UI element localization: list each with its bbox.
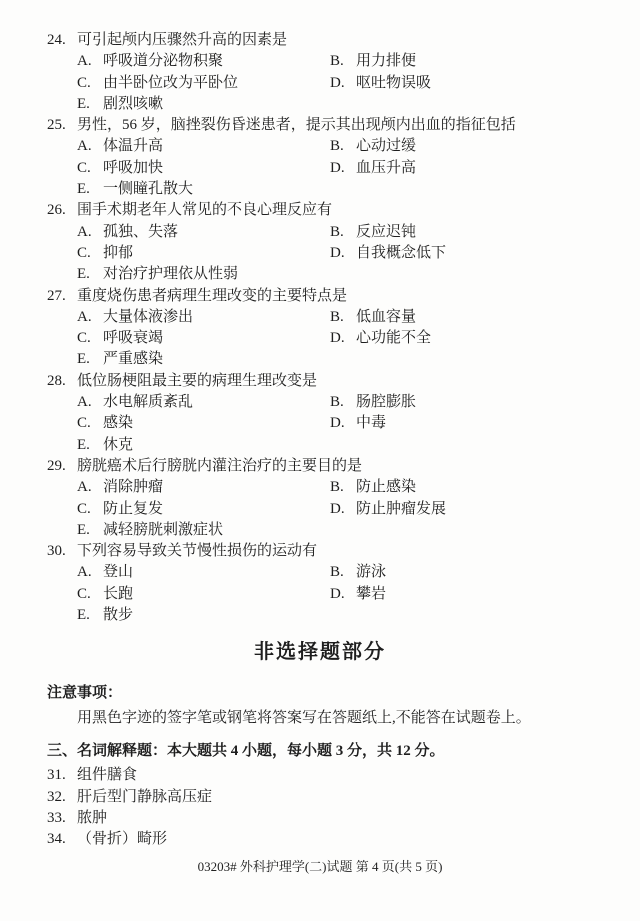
exam-page: 24.可引起颅内压骤然升高的因素是 A.呼吸道分泌物积聚 B.用力排便 C.由半… (0, 0, 640, 921)
option-text: 防止复发 (103, 501, 163, 517)
option-text: 用力排便 (356, 53, 416, 69)
option-letter: E. (77, 179, 103, 200)
option-B: B.心动过缓 (330, 136, 630, 157)
option-text: 自我概念低下 (356, 245, 446, 261)
option-D: D.自我概念低下 (330, 243, 630, 264)
option-letter: C. (77, 73, 103, 94)
term-text: 组件膳食 (77, 767, 137, 783)
option-text: 抑郁 (103, 245, 133, 261)
option-letter: B. (330, 307, 356, 328)
option-text: 登山 (103, 564, 133, 580)
option-letter: B. (330, 477, 356, 498)
option-letter: C. (77, 499, 103, 520)
option-letter: D. (330, 73, 356, 94)
option-letter: D. (330, 328, 356, 349)
option-letter: A. (77, 222, 103, 243)
option-text: 消除肿瘤 (103, 479, 163, 495)
option-E: E.严重感染 (77, 349, 330, 370)
question-stem: 30.下列容易导致关节慢性损伤的运动有 (47, 541, 630, 562)
option-text: 防止感染 (356, 479, 416, 495)
question-24: 24.可引起颅内压骤然升高的因素是 A.呼吸道分泌物积聚 B.用力排便 C.由半… (47, 30, 630, 115)
section-heading: 非选择题部分 (0, 638, 640, 666)
option-letter: D. (330, 499, 356, 520)
option-text: 反应迟钝 (356, 224, 416, 240)
question-stem: 29.膀胱癌术后行膀胱内灌注治疗的主要目的是 (47, 456, 630, 477)
option-letter: C. (77, 328, 103, 349)
question-number: 29. (47, 456, 77, 477)
question-stem-text: 可引起颅内压骤然升高的因素是 (77, 32, 287, 48)
option-A: A.水电解质紊乱 (77, 392, 330, 413)
option-letter: D. (330, 584, 356, 605)
option-letter: A. (77, 136, 103, 157)
question-number: 27. (47, 286, 77, 307)
option-E: E.休克 (77, 435, 330, 456)
option-A: A.孤独、失落 (77, 222, 330, 243)
question-stem: 26.围手术期老年人常见的不良心理反应有 (47, 200, 630, 221)
option-text: 严重感染 (103, 351, 163, 367)
term-text: 脓肿 (77, 810, 107, 826)
term-number: 32. (47, 787, 77, 808)
option-E: E.剧烈咳嗽 (77, 94, 330, 115)
options-grid: A.水电解质紊乱 B.肠腔膨胀 C.感染 D.中毒 E.休克 (47, 392, 630, 456)
question-number: 24. (47, 30, 77, 51)
option-letter: A. (77, 307, 103, 328)
options-grid: A.呼吸道分泌物积聚 B.用力排便 C.由半卧位改为平卧位 D.呕吐物误吸 E.… (47, 51, 630, 115)
option-letter: C. (77, 243, 103, 264)
term-31: 31.组件膳食 (47, 765, 640, 786)
option-D: D.攀岩 (330, 584, 630, 605)
option-A: A.大量体液渗出 (77, 307, 330, 328)
option-A: A.体温升高 (77, 136, 330, 157)
options-grid: A.体温升高 B.心动过缓 C.呼吸加快 D.血压升高 E.一侧瞳孔散大 (47, 136, 630, 200)
option-text: 中毒 (356, 415, 386, 431)
option-text: 血压升高 (356, 160, 416, 176)
option-letter: C. (77, 584, 103, 605)
question-28: 28.低位肠梗阻最主要的病理生理改变是 A.水电解质紊乱 B.肠腔膨胀 C.感染… (47, 371, 630, 456)
notice-block: 注意事项： 用黑色字迹的签字笔或钢笔将答案写在答题纸上,不能答在试题卷上。 (0, 681, 640, 731)
option-text: 由半卧位改为平卧位 (103, 75, 238, 91)
option-text: 低血容量 (356, 309, 416, 325)
option-text: 休克 (103, 437, 133, 453)
option-letter: E. (77, 435, 103, 456)
option-D: D.防止肿瘤发展 (330, 499, 630, 520)
question-number: 30. (47, 541, 77, 562)
option-text: 孤独、失落 (103, 224, 178, 240)
question-26: 26.围手术期老年人常见的不良心理反应有 A.孤独、失落 B.反应迟钝 C.抑郁… (47, 200, 630, 285)
option-text: 减轻膀胱刺激症状 (103, 522, 223, 538)
option-text: 感染 (103, 415, 133, 431)
option-text: 大量体液渗出 (103, 309, 193, 325)
option-B: B.低血容量 (330, 307, 630, 328)
options-grid: A.消除肿瘤 B.防止感染 C.防止复发 D.防止肿瘤发展 E.减轻膀胱刺激症状 (47, 477, 630, 541)
part-title: 三、名词解释题：本大题共 4 小题，每小题 3 分，共 12 分。 (0, 739, 640, 763)
options-grid: A.大量体液渗出 B.低血容量 C.呼吸衰竭 D.心功能不全 E.严重感染 (47, 307, 630, 371)
question-29: 29.膀胱癌术后行膀胱内灌注治疗的主要目的是 A.消除肿瘤 B.防止感染 C.防… (47, 456, 630, 541)
option-text: 心功能不全 (356, 330, 431, 346)
question-stem: 25.男性，56 岁，脑挫裂伤昏迷患者，提示其出现颅内出血的指征包括 (47, 115, 630, 136)
question-stem: 28.低位肠梗阻最主要的病理生理改变是 (47, 371, 630, 392)
question-number: 25. (47, 115, 77, 136)
option-C: C.感染 (77, 413, 330, 434)
option-C: C.长跑 (77, 584, 330, 605)
option-C: C.呼吸加快 (77, 158, 330, 179)
option-text: 呼吸道分泌物积聚 (103, 53, 223, 69)
option-letter: A. (77, 562, 103, 583)
option-letter: B. (330, 562, 356, 583)
option-text: 水电解质紊乱 (103, 394, 193, 410)
notice-body: 用黑色字迹的签字笔或钢笔将答案写在答题纸上,不能答在试题卷上。 (47, 706, 640, 731)
option-text: 心动过缓 (356, 138, 416, 154)
term-32: 32.肝后型门静脉高压症 (47, 787, 640, 808)
option-letter: A. (77, 392, 103, 413)
term-list: 31.组件膳食 32.肝后型门静脉高压症 33.脓肿 34.（骨折）畸形 (0, 765, 640, 850)
notice-title: 注意事项： (47, 681, 640, 706)
question-25: 25.男性，56 岁，脑挫裂伤昏迷患者，提示其出现颅内出血的指征包括 A.体温升… (47, 115, 630, 200)
option-letter: E. (77, 264, 103, 285)
option-text: 散步 (103, 607, 133, 623)
question-stem-text: 膀胱癌术后行膀胱内灌注治疗的主要目的是 (77, 458, 362, 474)
question-stem: 24.可引起颅内压骤然升高的因素是 (47, 30, 630, 51)
option-letter: D. (330, 158, 356, 179)
option-text: 剧烈咳嗽 (103, 96, 163, 112)
option-B: B.防止感染 (330, 477, 630, 498)
question-27: 27.重度烧伤患者病理生理改变的主要特点是 A.大量体液渗出 B.低血容量 C.… (47, 286, 630, 371)
option-letter: B. (330, 51, 356, 72)
option-letter: E. (77, 520, 103, 541)
option-B: B.用力排便 (330, 51, 630, 72)
option-D: D.中毒 (330, 413, 630, 434)
option-letter: E. (77, 605, 103, 626)
option-E: E.对治疗护理依从性弱 (77, 264, 330, 285)
option-text: 攀岩 (356, 586, 386, 602)
option-A: A.呼吸道分泌物积聚 (77, 51, 330, 72)
option-text: 体温升高 (103, 138, 163, 154)
term-text: （骨折）畸形 (77, 831, 167, 847)
question-stem-text: 围手术期老年人常见的不良心理反应有 (77, 202, 332, 218)
option-C: C.防止复发 (77, 499, 330, 520)
term-number: 33. (47, 808, 77, 829)
option-C: C.由半卧位改为平卧位 (77, 73, 330, 94)
option-D: D.呕吐物误吸 (330, 73, 630, 94)
option-B: B.肠腔膨胀 (330, 392, 630, 413)
term-number: 34. (47, 829, 77, 850)
option-B: B.游泳 (330, 562, 630, 583)
option-letter: A. (77, 477, 103, 498)
question-stem-text: 下列容易导致关节慢性损伤的运动有 (77, 543, 317, 559)
option-letter: C. (77, 413, 103, 434)
option-text: 游泳 (356, 564, 386, 580)
option-letter: B. (330, 392, 356, 413)
page-footer: 03203# 外科护理学(二)试题 第 4 页(共 5 页) (0, 858, 640, 876)
options-grid: A.登山 B.游泳 C.长跑 D.攀岩 E.散步 (47, 562, 630, 626)
option-letter: D. (330, 413, 356, 434)
question-list: 24.可引起颅内压骤然升高的因素是 A.呼吸道分泌物积聚 B.用力排便 C.由半… (0, 0, 640, 626)
option-letter: C. (77, 158, 103, 179)
option-text: 呼吸衰竭 (103, 330, 163, 346)
option-D: D.心功能不全 (330, 328, 630, 349)
question-number: 26. (47, 200, 77, 221)
option-letter: E. (77, 349, 103, 370)
option-E: E.减轻膀胱刺激症状 (77, 520, 330, 541)
option-letter: E. (77, 94, 103, 115)
option-letter: A. (77, 51, 103, 72)
question-stem: 27.重度烧伤患者病理生理改变的主要特点是 (47, 286, 630, 307)
option-text: 对治疗护理依从性弱 (103, 266, 238, 282)
option-A: A.登山 (77, 562, 330, 583)
option-D: D.血压升高 (330, 158, 630, 179)
option-letter: B. (330, 222, 356, 243)
option-E: E.一侧瞳孔散大 (77, 179, 330, 200)
option-text: 呕吐物误吸 (356, 75, 431, 91)
option-E: E.散步 (77, 605, 330, 626)
options-grid: A.孤独、失落 B.反应迟钝 C.抑郁 D.自我概念低下 E.对治疗护理依从性弱 (47, 222, 630, 286)
option-text: 长跑 (103, 586, 133, 602)
option-text: 呼吸加快 (103, 160, 163, 176)
option-B: B.反应迟钝 (330, 222, 630, 243)
option-text: 防止肿瘤发展 (356, 501, 446, 517)
question-stem-text: 男性，56 岁，脑挫裂伤昏迷患者，提示其出现颅内出血的指征包括 (77, 117, 516, 133)
question-number: 28. (47, 371, 77, 392)
term-text: 肝后型门静脉高压症 (77, 789, 212, 805)
question-30: 30.下列容易导致关节慢性损伤的运动有 A.登山 B.游泳 C.长跑 D.攀岩 … (47, 541, 630, 626)
term-number: 31. (47, 765, 77, 786)
term-33: 33.脓肿 (47, 808, 640, 829)
option-letter: B. (330, 136, 356, 157)
question-stem-text: 重度烧伤患者病理生理改变的主要特点是 (77, 288, 347, 304)
option-C: C.抑郁 (77, 243, 330, 264)
option-A: A.消除肿瘤 (77, 477, 330, 498)
question-stem-text: 低位肠梗阻最主要的病理生理改变是 (77, 373, 317, 389)
option-C: C.呼吸衰竭 (77, 328, 330, 349)
option-text: 肠腔膨胀 (356, 394, 416, 410)
option-text: 一侧瞳孔散大 (103, 181, 193, 197)
term-34: 34.（骨折）畸形 (47, 829, 640, 850)
option-letter: D. (330, 243, 356, 264)
